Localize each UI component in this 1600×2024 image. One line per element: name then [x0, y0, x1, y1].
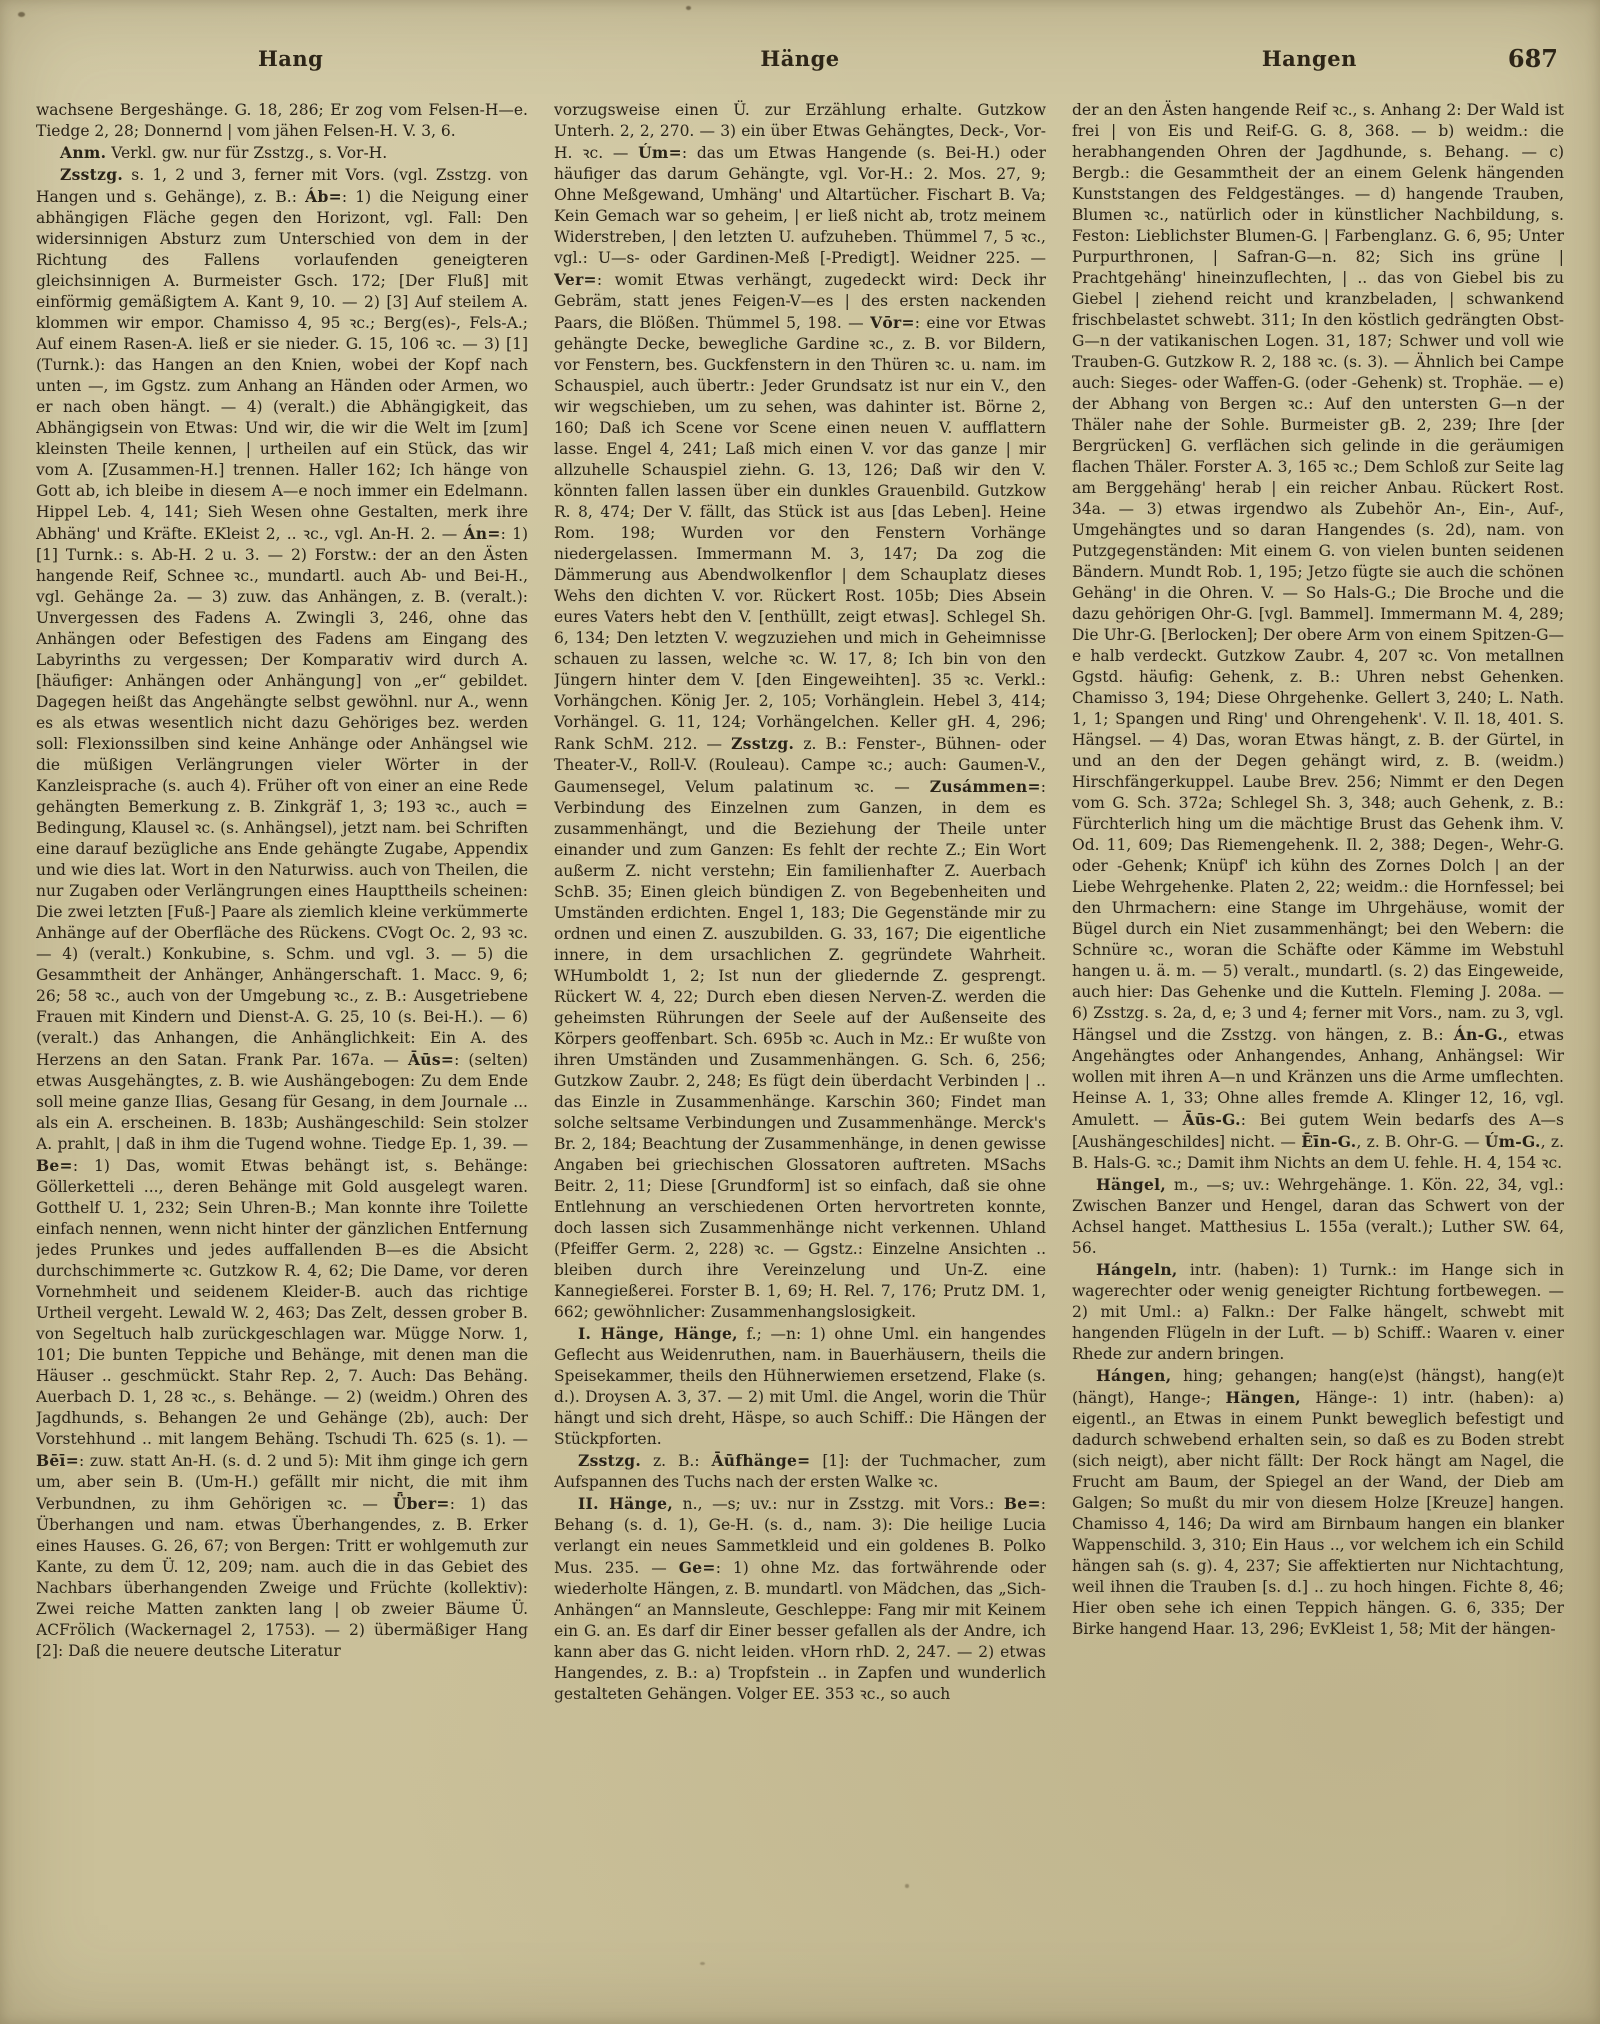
headword: Bēī= [36, 1451, 79, 1470]
text-column-2: vorzugsweise einen Ü. zur Erzählung erha… [554, 100, 1046, 1916]
headword: Ēīn-G. [1301, 1132, 1356, 1151]
paragraph: II. Hänge, n., —s; uv.: nur in Zsstzg. m… [554, 1493, 1046, 1705]
paragraph: Anm. Verkl. gw. nur für Zsstzg., s. Vor-… [36, 142, 528, 164]
paper-speck [18, 12, 25, 17]
paragraph: I. Hänge, Hänge, f.; —n: 1) ohne Uml. ei… [554, 1323, 1046, 1450]
text-column-1: wachsene Bergeshänge. G. 18, 286; Er zog… [36, 100, 528, 1916]
paragraph: Hángen, hing; gehangen; hang(e)st (hängs… [1072, 1365, 1564, 1640]
headword: Be= [36, 1156, 73, 1175]
text-column-3: der an den Ästen hangende Reif ꝛc., s. A… [1072, 100, 1564, 1916]
headword: Úm= [638, 143, 682, 162]
running-title-right: Hangen [1055, 46, 1564, 76]
text-columns: wachsene Bergeshänge. G. 18, 286; Er zog… [36, 100, 1564, 1954]
running-title-left: Hang [36, 46, 545, 76]
headword: Vōr= [870, 313, 915, 332]
headword: Be= [1004, 1494, 1041, 1513]
text-run: Hänge-: 1) intr. (haben): a) eigentl., a… [1072, 1389, 1564, 1638]
headword: Hängel, [1096, 1175, 1166, 1194]
headword: Hángen, [1096, 1366, 1171, 1385]
text-run: , z. B. Ohr-G. — [1356, 1133, 1484, 1151]
headword: Áb= [305, 187, 342, 206]
paragraph: vorzugsweise einen Ü. zur Erzählung erha… [554, 100, 1046, 1323]
headword: Zsstzg. [578, 1451, 641, 1470]
headword: Hángeln, [1096, 1260, 1178, 1279]
text-run: : 1) die Neigung einer abhängigen Fläche… [36, 188, 528, 543]
headword: Án-G. [1454, 1025, 1503, 1044]
text-run: : eine vor Etwas gehängte Decke, bewegli… [554, 314, 1046, 753]
text-run: n., —s; uv.: nur in Zsstzg. mit Vors.: [673, 1495, 1004, 1513]
headword: Ǖber= [393, 1494, 450, 1513]
paragraph: wachsene Bergeshänge. G. 18, 286; Er zog… [36, 100, 528, 142]
headword: Zsstzg. [731, 734, 794, 753]
headword: Āūs-G. [1182, 1110, 1240, 1129]
headword: Án= [463, 524, 500, 543]
text-run: : Verbindung des Einzelnen zum Ganzen, i… [554, 778, 1046, 1321]
paper-speck [700, 1962, 705, 1965]
paragraph: Hängel, m., —s; uv.: Wehrgehänge. 1. Kön… [1072, 1174, 1564, 1259]
headword: Anm. [60, 143, 106, 162]
paragraph: der an den Ästen hangende Reif ꝛc., s. A… [1072, 100, 1564, 1174]
text-run: der an den Ästen hangende Reif ꝛc., s. A… [1072, 101, 1564, 1044]
paragraph: Zsstzg. s. 1, 2 und 3, ferner mit Vors. … [36, 164, 528, 1662]
text-run: : das um Etwas Hangende (s. Bei-H.) oder… [554, 144, 1046, 267]
text-run: : 1) das Überhangen und nam. etwas Überh… [36, 1495, 528, 1660]
text-run: : 1) [1] Turnk.: s. Ab-H. 2 u. 3. — 2) F… [36, 525, 528, 1069]
text-run: wachsene Bergeshänge. G. 18, 286; Er zog… [36, 101, 528, 140]
dictionary-page: Hang Hänge Hangen 687 wachsene Bergeshän… [0, 0, 1600, 2024]
page-number: 687 [1508, 44, 1558, 73]
headword: I. Hänge, Hänge, [578, 1324, 738, 1343]
headword: Ge= [679, 1558, 716, 1577]
text-run: f.; —n: 1) ohne Uml. ein hangendes Gefle… [554, 1325, 1046, 1448]
text-run: Verkl. gw. nur für Zsstzg., s. Vor-H. [106, 144, 387, 162]
headword: Hängen, [1226, 1388, 1301, 1407]
text-run: z. B.: [641, 1452, 711, 1470]
headword: Āūfhänge= [711, 1451, 810, 1470]
paragraph: Zsstzg. z. B.: Āūfhänge= [1]: der Tuchma… [554, 1450, 1046, 1493]
paper-speck [686, 6, 691, 10]
paragraph: Hángeln, intr. (haben): 1) Turnk.: im Ha… [1072, 1259, 1564, 1365]
page-header: Hang Hänge Hangen 687 [36, 46, 1564, 76]
text-run: : 1) Das, womit Etwas behängt ist, s. Be… [36, 1157, 528, 1448]
headword: Ver= [554, 270, 597, 289]
text-run: : 1) ohne Mz. das fortwährende oder wied… [554, 1559, 1046, 1703]
headword: II. Hänge, [578, 1494, 673, 1513]
headword: Zusámmen= [930, 777, 1041, 796]
running-title-center: Hänge [545, 46, 1054, 76]
headword: Zsstzg. [60, 165, 123, 184]
headword: Āūs= [408, 1050, 454, 1069]
headword: Úm-G. [1485, 1132, 1541, 1151]
